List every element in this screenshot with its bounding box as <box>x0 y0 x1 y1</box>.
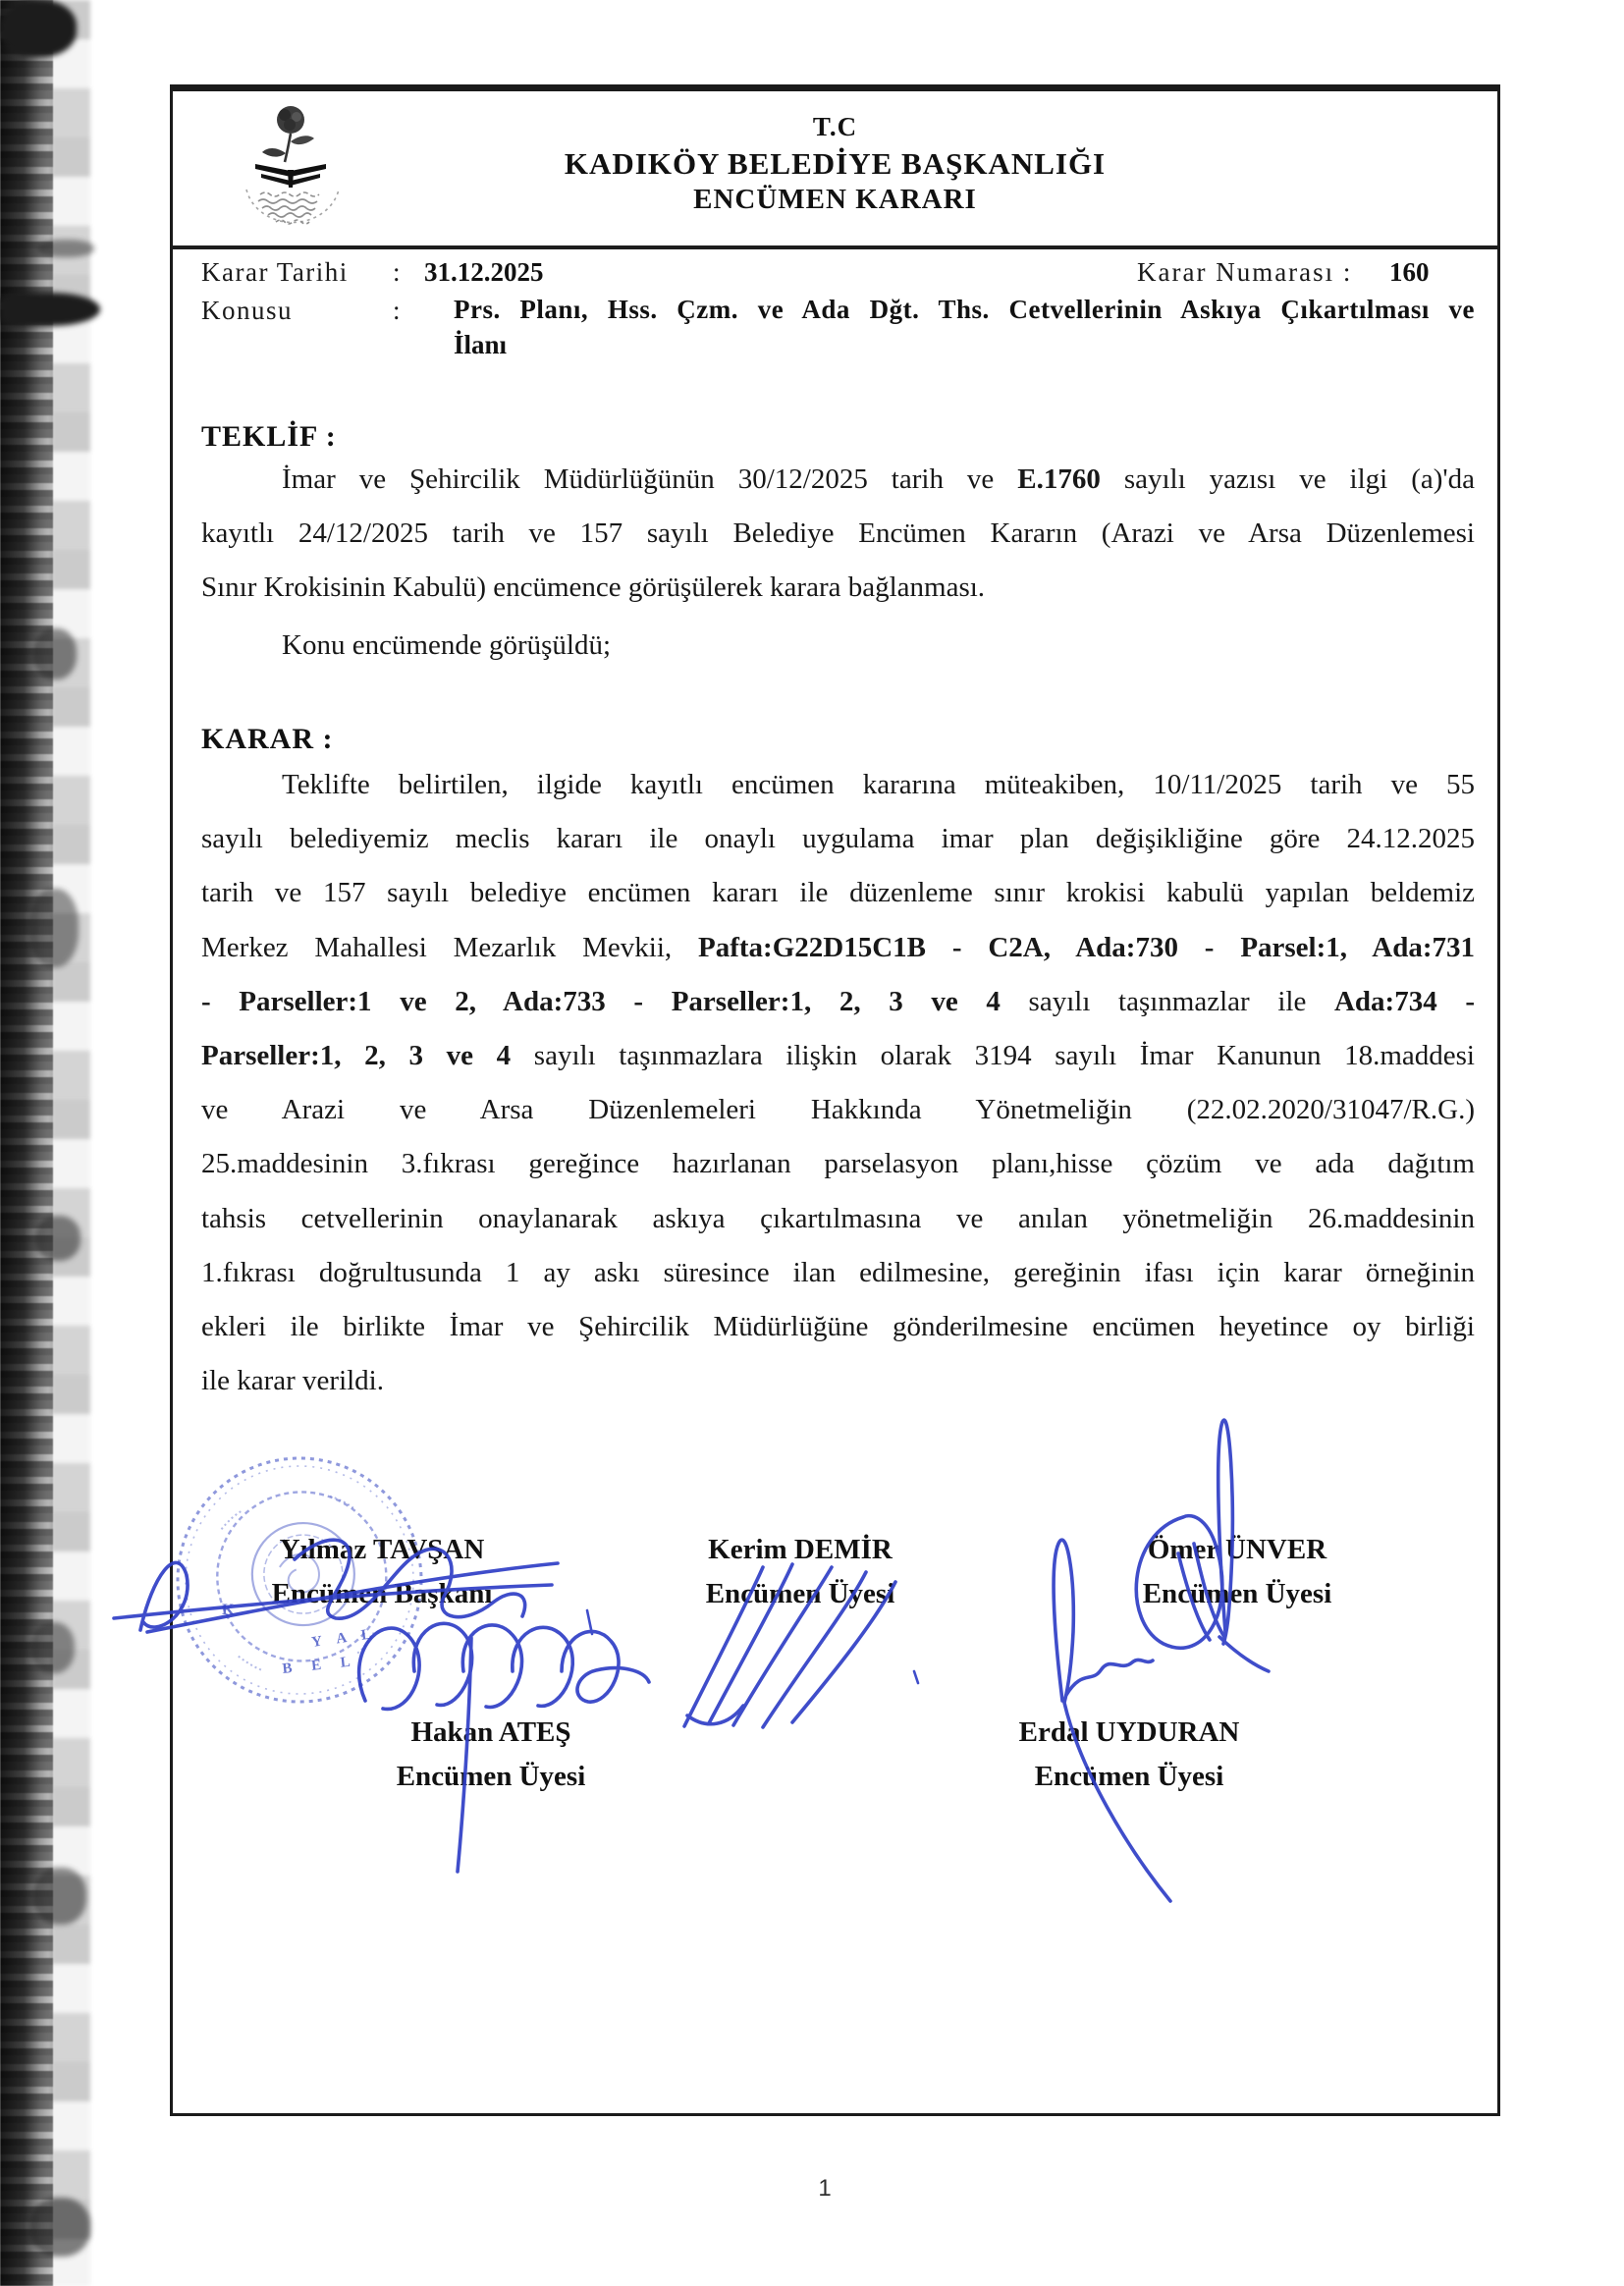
scan-smudge <box>29 889 79 967</box>
signature-block: Kerim DEMİR Encümen Üyesi <box>643 1528 957 1616</box>
body-text-line: Parseller:1, 2, 3 ve 4 sayılı taşınmazla… <box>201 1029 1475 1083</box>
signer-name: Yılmaz TAVŞAN <box>225 1528 539 1572</box>
bold-text-run: Ada:734 - <box>1334 986 1475 1017</box>
text-run: kayıtlı 24/12/2025 tarih ve 157 sayılı B… <box>201 517 1475 549</box>
scan-smudge <box>31 1622 75 1673</box>
page-number: 1 <box>776 2175 874 2203</box>
body-text-line: ekleri ile birlikte İmar ve Şehircilik M… <box>201 1300 1475 1354</box>
text-run: sayılı taşınmazlar ile <box>1001 986 1334 1017</box>
body-text-line: sayılı belediyemiz meclis kararı ile ona… <box>201 812 1475 866</box>
header-divider-line <box>170 245 1500 249</box>
text-run: ile karar verildi. <box>201 1365 384 1396</box>
body-text-line: 1.fıkrası doğrultusunda 1 ay askı süresi… <box>201 1246 1475 1300</box>
scan-smudge <box>33 628 77 680</box>
text-run: sayılı yazısı ve ilgi (a)'da <box>1101 463 1475 495</box>
text-run: 1.fıkrası doğrultusunda 1 ay askı süresi… <box>201 1257 1475 1288</box>
signer-name: Ömer ÜNVER <box>1080 1528 1394 1572</box>
body-text-line: İmar ve Şehircilik Müdürlüğünün 30/12/20… <box>201 453 1475 507</box>
decision-date-colon: : <box>393 257 401 288</box>
body-text-line: 25.maddesinin 3.fıkrası gereğince hazırl… <box>201 1137 1475 1191</box>
subject-value-line2: İlanı <box>454 330 507 360</box>
body-text-line: Teklifte belirtilen, ilgide kayıtlı encü… <box>201 758 1475 812</box>
body-text-line: kayıtlı 24/12/2025 tarih ve 157 sayılı B… <box>201 507 1475 561</box>
text-run: ve Arazi ve Arsa Düzenlemeleri Hakkında … <box>201 1094 1475 1125</box>
scan-smudge <box>29 2198 90 2257</box>
scanned-decision-document: T.C KADIKÖY BELEDİYE BAŞKANLIĞI ENCÜMEN … <box>0 0 1624 2286</box>
body-text-line: tarih ve 157 sayılı belediye encümen kar… <box>201 866 1475 920</box>
signer-title: Encümen Üyesi <box>334 1755 648 1799</box>
text-run: sayılı taşınmazlara ilişkin olarak 3194 … <box>511 1040 1475 1071</box>
signer-name: Kerim DEMİR <box>643 1528 957 1572</box>
text-run: Merkez Mahallesi Mezarlık Mevkii, <box>201 932 698 963</box>
signature-block: Ömer ÜNVER Encümen Üyesi <box>1080 1528 1394 1616</box>
body-text-line: ve Arazi ve Arsa Düzenlemeleri Hakkında … <box>201 1083 1475 1137</box>
decision-date-value: 31.12.2025 <box>424 257 544 288</box>
text-run: tahsis cetvellerinin onaylanarak askıya … <box>201 1203 1475 1234</box>
signer-title: Encümen Başkanı <box>225 1572 539 1616</box>
scan-smudge <box>37 240 94 257</box>
decision-date-label: Karar Tarihi <box>201 257 349 288</box>
signer-name: Erdal UYDURAN <box>972 1711 1286 1755</box>
text-run: sayılı belediyemiz meclis kararı ile ona… <box>201 823 1475 854</box>
signature-block: Erdal UYDURAN Encümen Üyesi <box>972 1711 1286 1799</box>
body-text-line: Sınır Krokisinin Kabulü) encümence görüş… <box>201 561 1475 615</box>
signature-block: Hakan ATEŞ Encümen Üyesi <box>334 1711 648 1799</box>
body-text-line: Merkez Mahallesi Mezarlık Mevkii, Pafta:… <box>201 921 1475 975</box>
header-organization: KADIKÖY BELEDİYE BAŞKANLIĞI <box>170 146 1500 182</box>
signer-title: Encümen Üyesi <box>1080 1572 1394 1616</box>
bold-text-run: - Parseller:1 ve 2, Ada:733 - Parseller:… <box>201 986 1001 1017</box>
subject-value-line1: Prs. Planı, Hss. Çzm. ve Ada Dğt. Ths. C… <box>454 295 1475 325</box>
proposal-paragraph: İmar ve Şehircilik Müdürlüğünün 30/12/20… <box>201 453 1475 616</box>
bold-text-run: Pafta:G22D15C1B - C2A, Ada:730 - Parsel:… <box>698 932 1475 963</box>
subject-label: Konusu <box>201 296 293 326</box>
signer-title: Encümen Üyesi <box>972 1755 1286 1799</box>
text-run: 25.maddesinin 3.fıkrası gereğince hazırl… <box>201 1148 1475 1179</box>
decision-paragraph: Teklifte belirtilen, ilgide kayıtlı encü… <box>201 758 1475 1408</box>
scan-smudge <box>33 1868 86 1925</box>
proposal-closing-line: Konu encümende görüşüldü; <box>282 629 611 662</box>
text-run: Sınır Krokisinin Kabulü) encümence görüş… <box>201 571 985 603</box>
scan-artifact-streak <box>51 0 90 2286</box>
bold-text-run: E.1760 <box>1017 463 1101 495</box>
signature-block: Yılmaz TAVŞAN Encümen Başkanı <box>225 1528 539 1616</box>
header-document-type: ENCÜMEN KARARI <box>170 184 1500 216</box>
decision-number-value: 160 <box>1389 257 1430 288</box>
text-run: tarih ve 157 sayılı belediye encümen kar… <box>201 877 1475 908</box>
scan-smudge <box>35 1216 81 1261</box>
body-text-line: tahsis cetvellerinin onaylanarak askıya … <box>201 1192 1475 1246</box>
body-text-line: - Parseller:1 ve 2, Ada:733 - Parseller:… <box>201 975 1475 1029</box>
decision-number-label: Karar Numarası : <box>1137 257 1352 288</box>
signer-title: Encümen Üyesi <box>643 1572 957 1616</box>
signer-name: Hakan ATEŞ <box>334 1711 648 1755</box>
text-run: ekleri ile birlikte İmar ve Şehircilik M… <box>201 1311 1475 1342</box>
scan-smudge <box>0 0 77 57</box>
body-text-line: ile karar verildi. <box>201 1354 1475 1408</box>
subject-colon: : <box>393 296 401 326</box>
text-run: Teklifte belirtilen, ilgide kayıtlı encü… <box>282 769 1475 800</box>
scan-artifact-band <box>0 0 53 2286</box>
text-run: İmar ve Şehircilik Müdürlüğünün 30/12/20… <box>282 463 1017 495</box>
bold-text-run: Parseller:1, 2, 3 ve 4 <box>201 1040 511 1071</box>
header-tc: T.C <box>170 112 1500 142</box>
scan-smudge <box>0 293 100 326</box>
decision-heading: KARAR : <box>201 723 334 756</box>
proposal-heading: TEKLİF : <box>201 420 337 454</box>
